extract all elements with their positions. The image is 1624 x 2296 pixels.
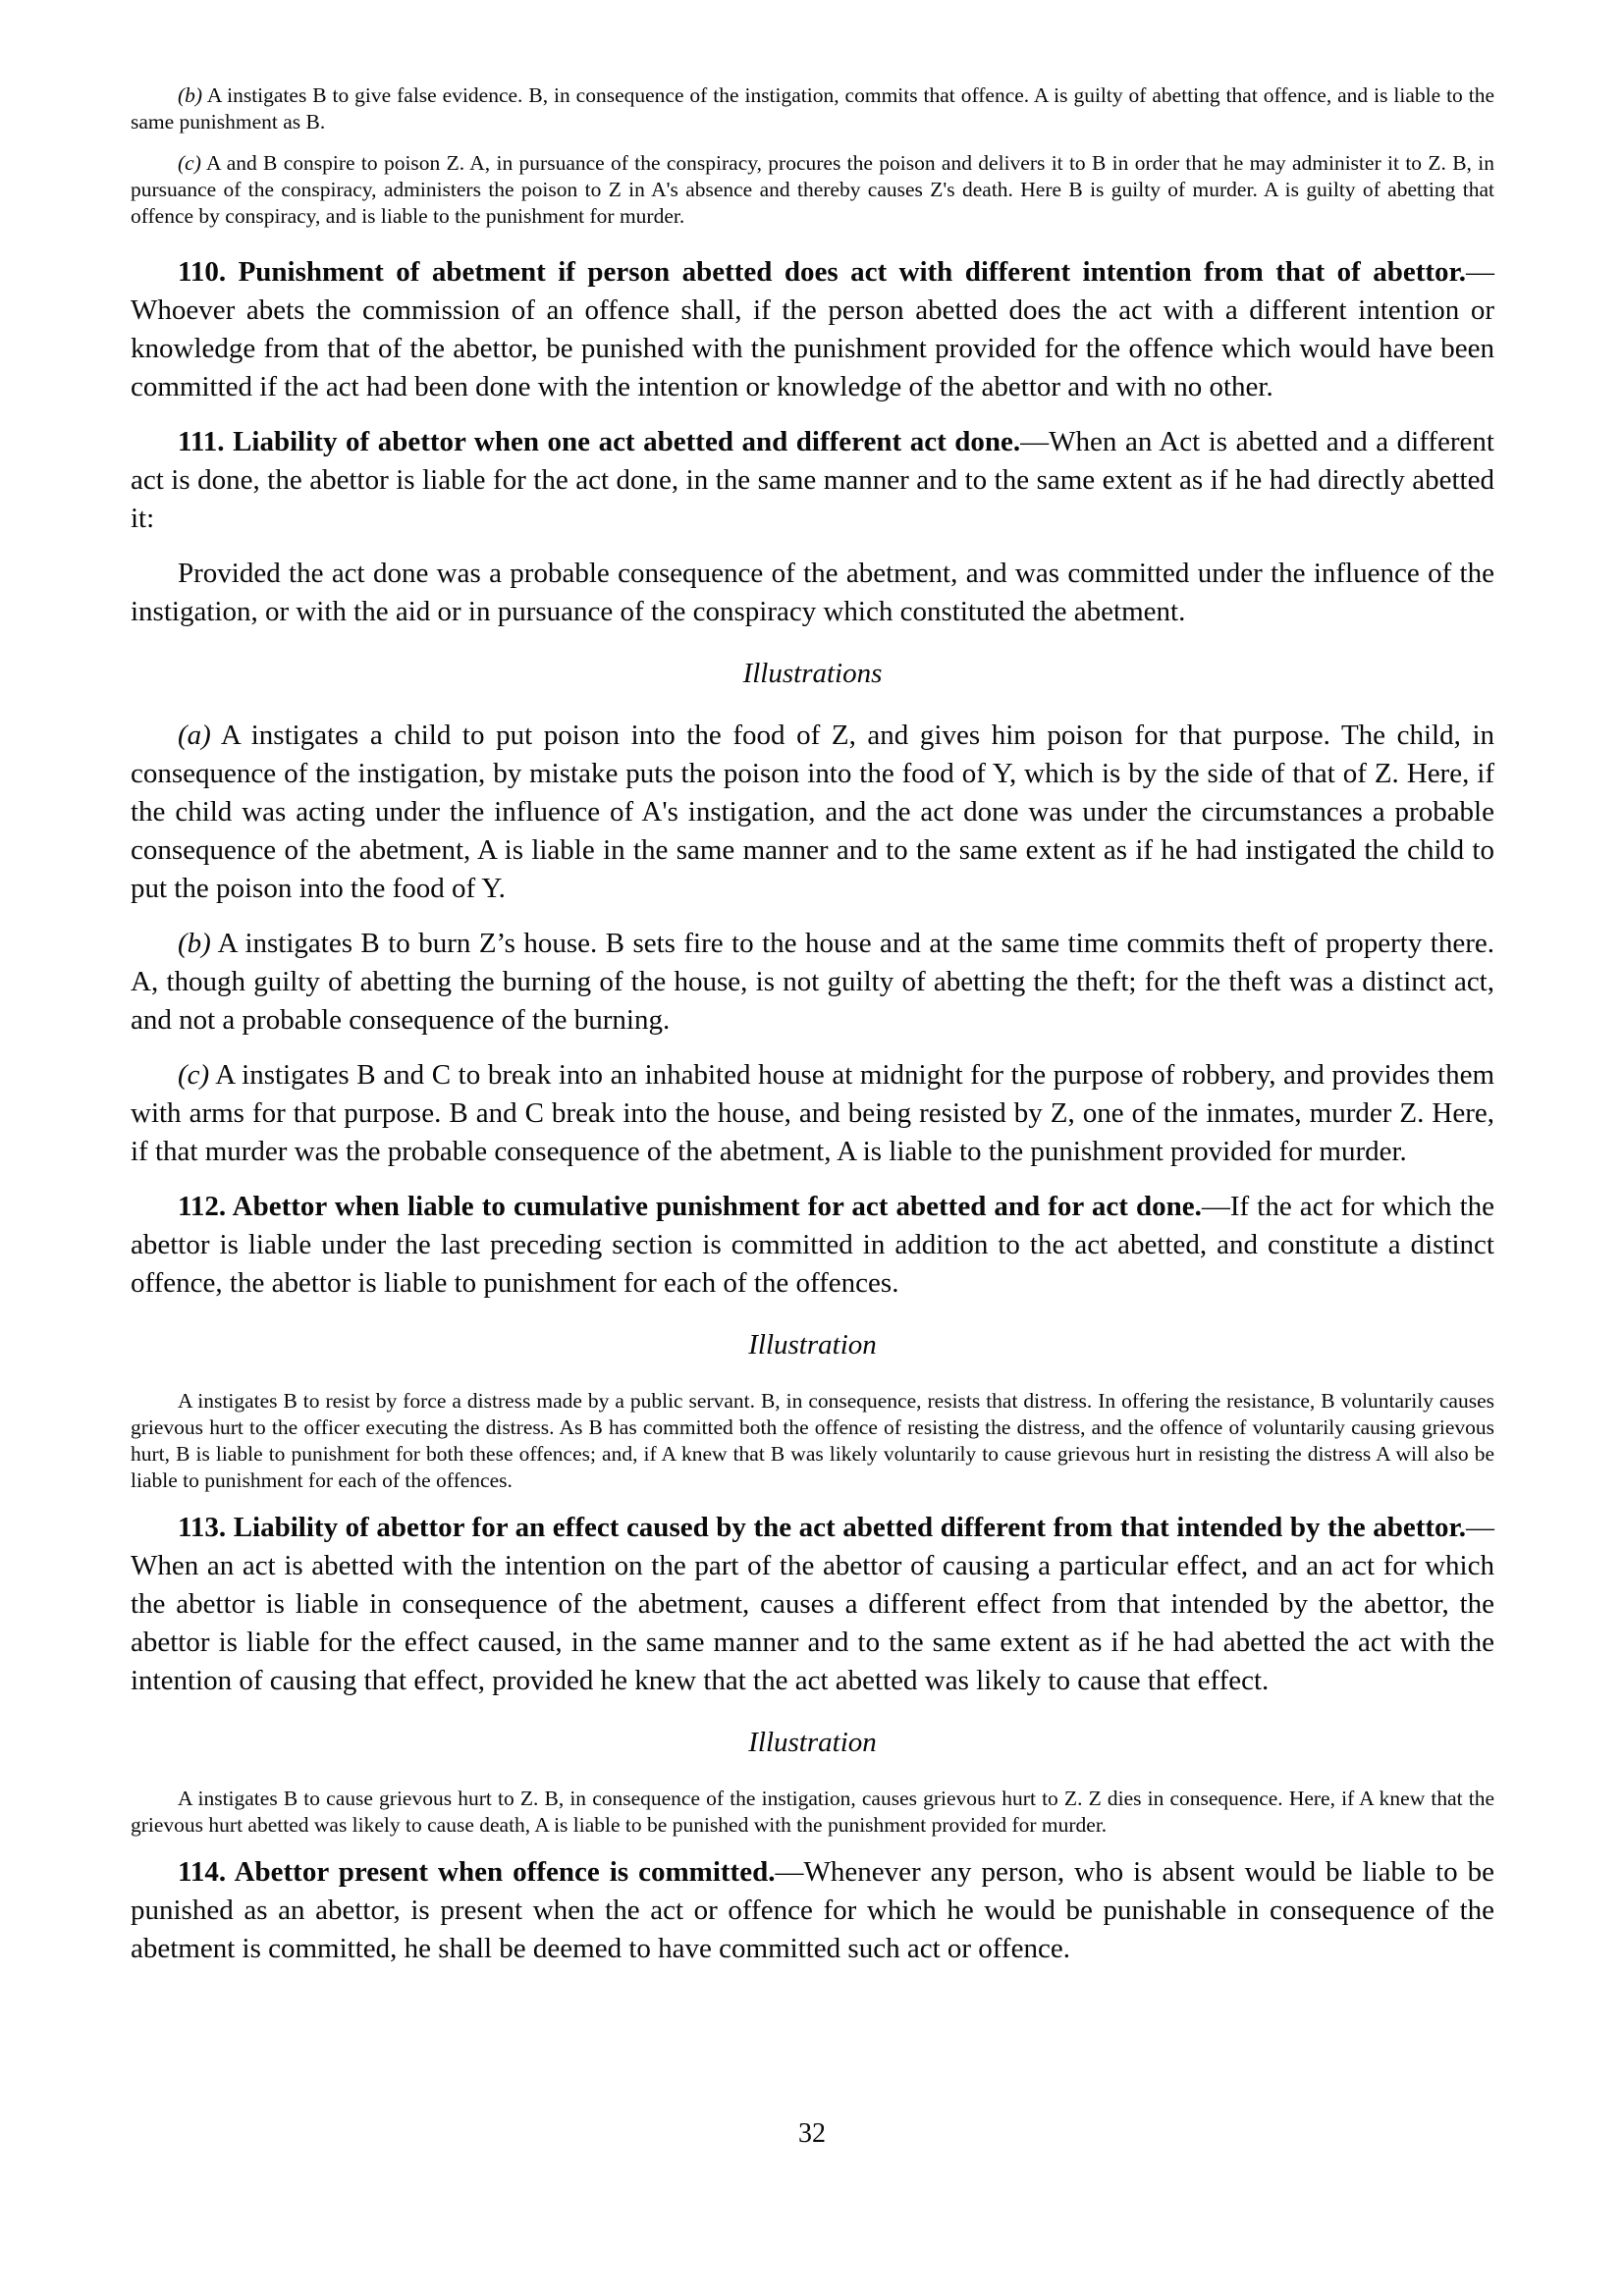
illustration-letter: (b) <box>178 928 211 959</box>
section-113-heading: 113. Liability of abettor for an effect … <box>178 1512 1466 1543</box>
illustration-text: A instigates a child to put poison into … <box>131 720 1494 904</box>
illustration-113: A instigates B to cause grievous hurt to… <box>131 1786 1494 1839</box>
illustration-letter: (a) <box>178 720 211 751</box>
illustration-heading-112: Illustration <box>131 1326 1494 1364</box>
section-112: 112. Abettor when liable to cumulative p… <box>131 1188 1494 1303</box>
illustration-letter: (c) <box>178 1059 209 1091</box>
illustration-b: (b) A instigates B to burn Z’s house. B … <box>131 925 1494 1040</box>
illustration-text: A instigates B to burn Z’s house. B sets… <box>131 928 1494 1036</box>
illustration-a: (a) A instigates a child to put poison i… <box>131 717 1494 908</box>
section-114: 114. Abettor present when offence is com… <box>131 1853 1494 1968</box>
illustration-b-continued: (b) A instigates B to give false evidenc… <box>131 82 1494 135</box>
section-110-heading: 110. Punishment of abetment if person ab… <box>178 256 1466 288</box>
document-page: (b) A instigates B to give false evidenc… <box>0 0 1624 2296</box>
illustration-text: A instigates B to cause grievous hurt to… <box>131 1787 1494 1837</box>
section-112-heading: 112. Abettor when liable to cumulative p… <box>178 1191 1202 1222</box>
section-114-heading: 114. Abettor present when offence is com… <box>178 1856 775 1888</box>
document-body: (b) A instigates B to give false evidenc… <box>131 82 1494 1968</box>
section-110: 110. Punishment of abetment if person ab… <box>131 253 1494 406</box>
proviso-text: Provided the act done was a probable con… <box>131 558 1494 627</box>
illustrations-heading: Illustrations <box>131 655 1494 693</box>
illustration-c: (c) A instigates B and C to break into a… <box>131 1056 1494 1171</box>
illustration-text: A instigates B to resist by force a dist… <box>131 1389 1494 1492</box>
illustration-112: A instigates B to resist by force a dist… <box>131 1388 1494 1494</box>
illustration-letter: (c) <box>178 151 201 175</box>
illustration-heading-113: Illustration <box>131 1724 1494 1762</box>
section-111: 111. Liability of abettor when one act a… <box>131 423 1494 538</box>
illustration-text: A instigates B to give false evidence. B… <box>131 83 1494 133</box>
section-111-proviso: Provided the act done was a probable con… <box>131 555 1494 631</box>
page-number: 32 <box>0 2118 1624 2150</box>
illustration-text: A and B conspire to poison Z. A, in purs… <box>131 151 1494 228</box>
illustration-letter: (b) <box>178 83 202 107</box>
illustration-c-continued: (c) A and B conspire to poison Z. A, in … <box>131 150 1494 230</box>
section-111-heading: 111. Liability of abettor when one act a… <box>178 426 1020 457</box>
section-113: 113. Liability of abettor for an effect … <box>131 1509 1494 1700</box>
illustration-text: A instigates B and C to break into an in… <box>131 1059 1494 1167</box>
